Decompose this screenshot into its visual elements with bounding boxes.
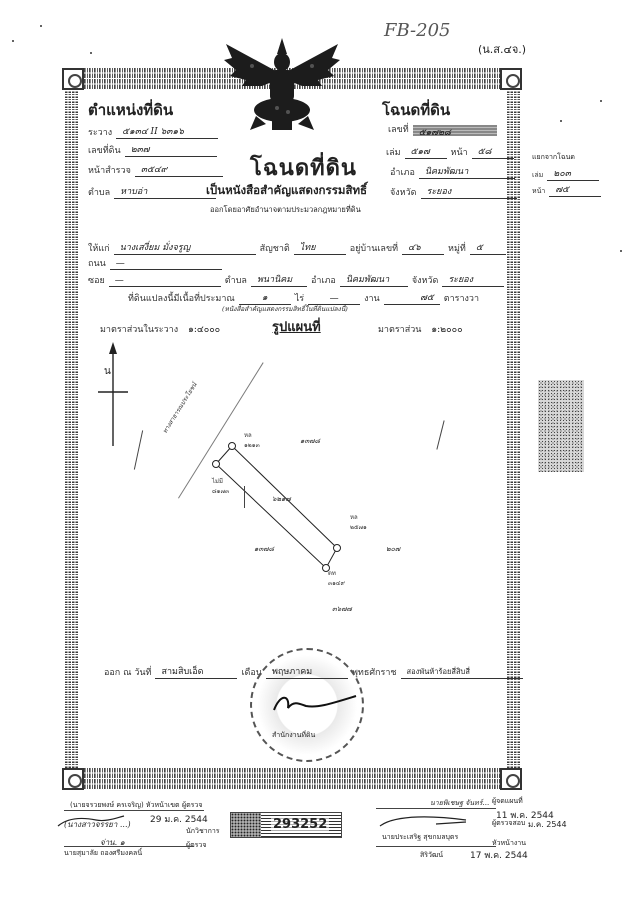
right-title-2: ผู้ตรวจสอบ	[492, 818, 525, 829]
issue-year: สองพันห้าร้อยสี่สิบสี่	[401, 666, 523, 679]
serial-stamp: 293252	[230, 812, 342, 838]
marker-3: หล ๒๕๗๑	[350, 512, 367, 532]
marker-code: หล	[244, 430, 260, 440]
seal-text: สำนักงานที่ดิน	[272, 730, 315, 741]
marker-number: ๑๒๑๓	[244, 440, 260, 450]
right-official-3: สิริวัฒน์	[420, 850, 443, 861]
scan-noise-patch	[538, 380, 584, 472]
neighbor-parcel: ๑๓๗๘	[254, 544, 274, 555]
neighbor-parcel: ๓๖๗๗	[332, 604, 352, 615]
left-title-2: นักวิชาการ	[186, 826, 220, 837]
issue-date-label: ออก ณ วันที่	[104, 665, 151, 679]
marker-4: ตท ๓๑๔๙	[328, 568, 345, 588]
marker-code: หล	[350, 512, 367, 522]
pen-mark	[244, 486, 245, 508]
signature-line	[376, 846, 496, 847]
left-official-4: นายสุมาลัย ถองศรีมงคลนิ์	[64, 848, 142, 859]
north-label: น	[104, 364, 111, 379]
signature-line	[376, 808, 496, 809]
security-pattern	[231, 813, 261, 837]
signature-line	[64, 846, 194, 847]
marker-code: ตท	[328, 568, 345, 578]
marker-code: ไม่มี	[212, 476, 229, 486]
signature	[376, 812, 476, 832]
pen-mark	[436, 420, 444, 449]
marker-number: ๒๕๗๑	[350, 522, 367, 532]
signature	[56, 812, 126, 830]
neighbor-parcel: ๑๓๗๘	[300, 436, 320, 447]
marker-2: ไม่มี ๘๑๗๓	[212, 476, 229, 496]
right-official-2: นายประเสริฐ สุขกมลบุตร	[382, 832, 458, 843]
north-arrow-icon	[96, 340, 130, 450]
signature-line	[64, 810, 204, 811]
signature	[270, 690, 360, 720]
marker-1: หล ๑๒๑๓	[244, 430, 260, 450]
marker-number: ๘๑๗๓	[212, 486, 229, 496]
issue-year-label: พุทธศักราช	[352, 665, 397, 679]
right-date-3: 17 พ.ค. 2544	[470, 848, 528, 862]
neighbor-parcel: ๒๐๗	[386, 544, 400, 555]
marker-number: ๓๑๔๙	[328, 578, 345, 588]
pen-mark	[134, 430, 143, 469]
road-label: ทางสาธารณประโยชน์	[160, 381, 199, 436]
parcel-label: ๖๒๑๗	[272, 494, 291, 505]
serial-number: 293252	[271, 817, 329, 832]
left-date: 29 ม.ค. 2544	[150, 812, 208, 826]
right-date-2: ม.ค. 2544	[528, 818, 567, 831]
issue-day: สามสิบเอ็ด	[155, 664, 237, 679]
right-title-1: ผู้จดแผนที่	[492, 796, 523, 807]
